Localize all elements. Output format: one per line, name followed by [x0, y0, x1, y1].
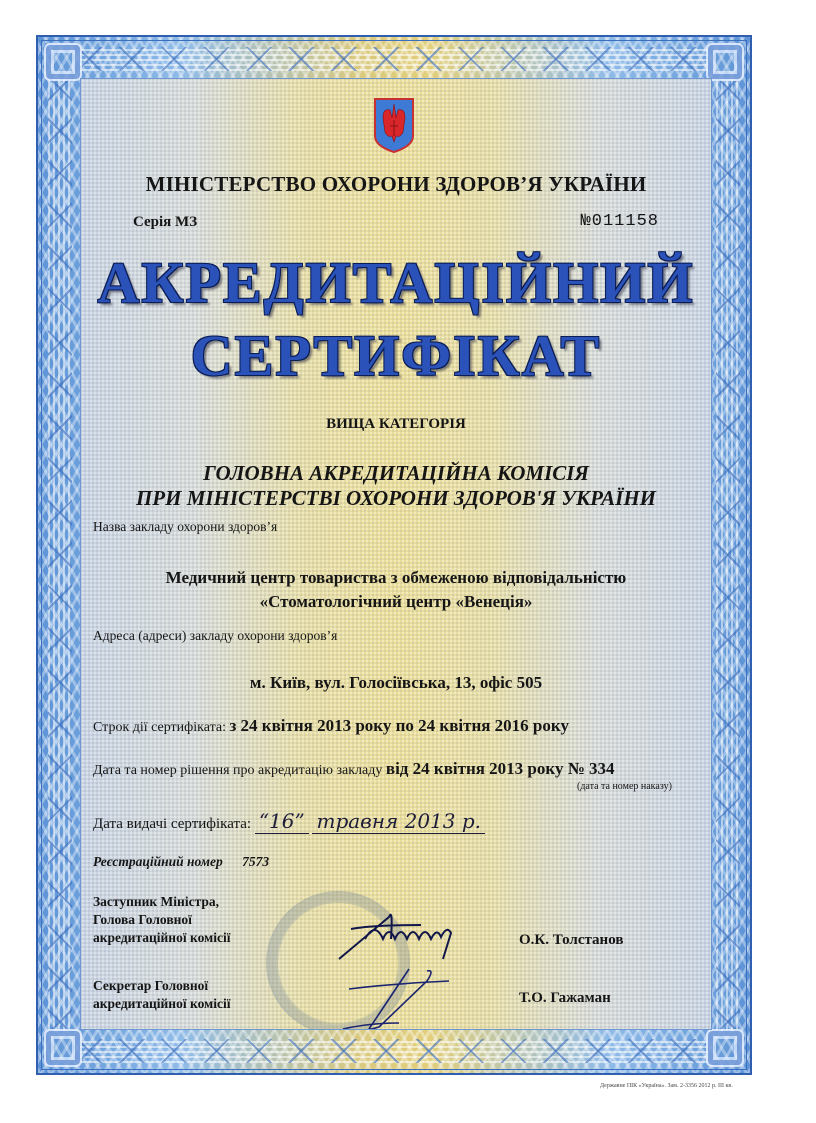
certificate-body: МІНІСТЕРСТВО ОХОРОНИ ЗДОРОВ’Я УКРАЇНИ Се… — [80, 78, 712, 1030]
printer-imprint: Державне ПІК «Україна». Зам. 2-3356 2012… — [600, 1083, 733, 1089]
validity-row: Строк дії сертифіката: з 24 квітня 2013 … — [93, 716, 569, 736]
commission-heading: ГОЛОВНА АКРЕДИТАЦІЙНА КОМІСІЯ ПРИ МІНІСТ… — [81, 461, 711, 511]
decision-row: Дата та номер рішення про акредитацію за… — [93, 759, 615, 779]
certificate-title-line1: АКРЕДИТАЦІЙНИЙ — [81, 249, 711, 316]
certificate-number: №011158 — [581, 212, 659, 231]
issue-day: “16” — [255, 809, 309, 834]
certificate-title-line2: СЕРТИФІКАТ — [81, 322, 711, 389]
accreditation-category: ВИЩА КАТЕГОРІЯ — [81, 416, 711, 433]
corner-knot-icon — [706, 1029, 744, 1067]
ministry-title: МІНІСТЕРСТВО ОХОРОНИ ЗДОРОВ’Я УКРАЇНИ — [81, 172, 711, 197]
validity-value: з 24 квітня 2013 року по 24 квітня 2016 … — [229, 716, 568, 735]
institution-name: Медичний центр товариства з обмеженою ві… — [81, 566, 711, 614]
ornamental-border-bottom — [80, 1039, 708, 1063]
registration-number: Реєстраційний номер 7573 — [93, 854, 269, 870]
signer1-name: О.К. Толстанов — [519, 932, 623, 949]
decision-value: від 24 квітня 2013 року № 334 — [386, 759, 615, 778]
signer1-title-line3: акредитаційної комісії — [93, 929, 231, 947]
address-label: Адреса (адреси) закладу охорони здоров’я — [93, 628, 337, 644]
institution-label: Назва закладу охорони здоров’я — [93, 519, 277, 535]
decision-label: Дата та номер рішення про акредитацію за… — [93, 763, 382, 778]
signer2-title-line2: акредитаційної комісії — [93, 995, 231, 1013]
ornamental-border-right — [716, 79, 740, 1031]
signer1-title: Заступник Міністра, Голова Головної акре… — [93, 893, 231, 947]
issue-month-year: травня 2013 р. — [312, 809, 485, 834]
signer2-title: Секретар Головної акредитаційної комісії — [93, 977, 231, 1013]
issue-date-row: Дата видачі сертифіката: “16” травня 201… — [93, 809, 485, 833]
corner-knot-icon — [706, 43, 744, 81]
institution-name-line1: Медичний центр товариства з обмеженою ві… — [81, 566, 711, 590]
registration-label: Реєстраційний номер — [93, 854, 223, 869]
signer2-name: Т.О. Гажаман — [519, 990, 611, 1007]
certificate-series: Серія МЗ — [133, 214, 197, 231]
institution-address: м. Київ, вул. Голосіївська, 13, офіс 505 — [81, 673, 711, 693]
ornamental-border-left — [48, 79, 72, 1031]
signature-icon — [339, 967, 469, 1030]
validity-label: Строк дії сертифіката: — [93, 720, 226, 735]
ornamental-border-top — [80, 47, 708, 71]
signature-icon — [331, 899, 481, 969]
corner-knot-icon — [44, 1029, 82, 1067]
ukraine-coat-of-arms-icon — [372, 96, 416, 154]
institution-name-line2: «Стоматологічний центр «Венеція» — [81, 590, 711, 614]
issue-date-label: Дата видачі сертифіката: — [93, 816, 251, 832]
registration-value: 7573 — [242, 854, 269, 869]
commission-line1: ГОЛОВНА АКРЕДИТАЦІЙНА КОМІСІЯ — [81, 461, 711, 486]
corner-knot-icon — [44, 43, 82, 81]
commission-line2: ПРИ МІНІСТЕРСТВІ ОХОРОНИ ЗДОРОВ'Я УКРАЇН… — [81, 486, 711, 511]
signer2-title-line1: Секретар Головної — [93, 977, 231, 995]
signer1-title-line2: Голова Головної — [93, 911, 231, 929]
decision-note: (дата та номер наказу) — [577, 781, 672, 792]
signer1-title-line1: Заступник Міністра, — [93, 893, 231, 911]
